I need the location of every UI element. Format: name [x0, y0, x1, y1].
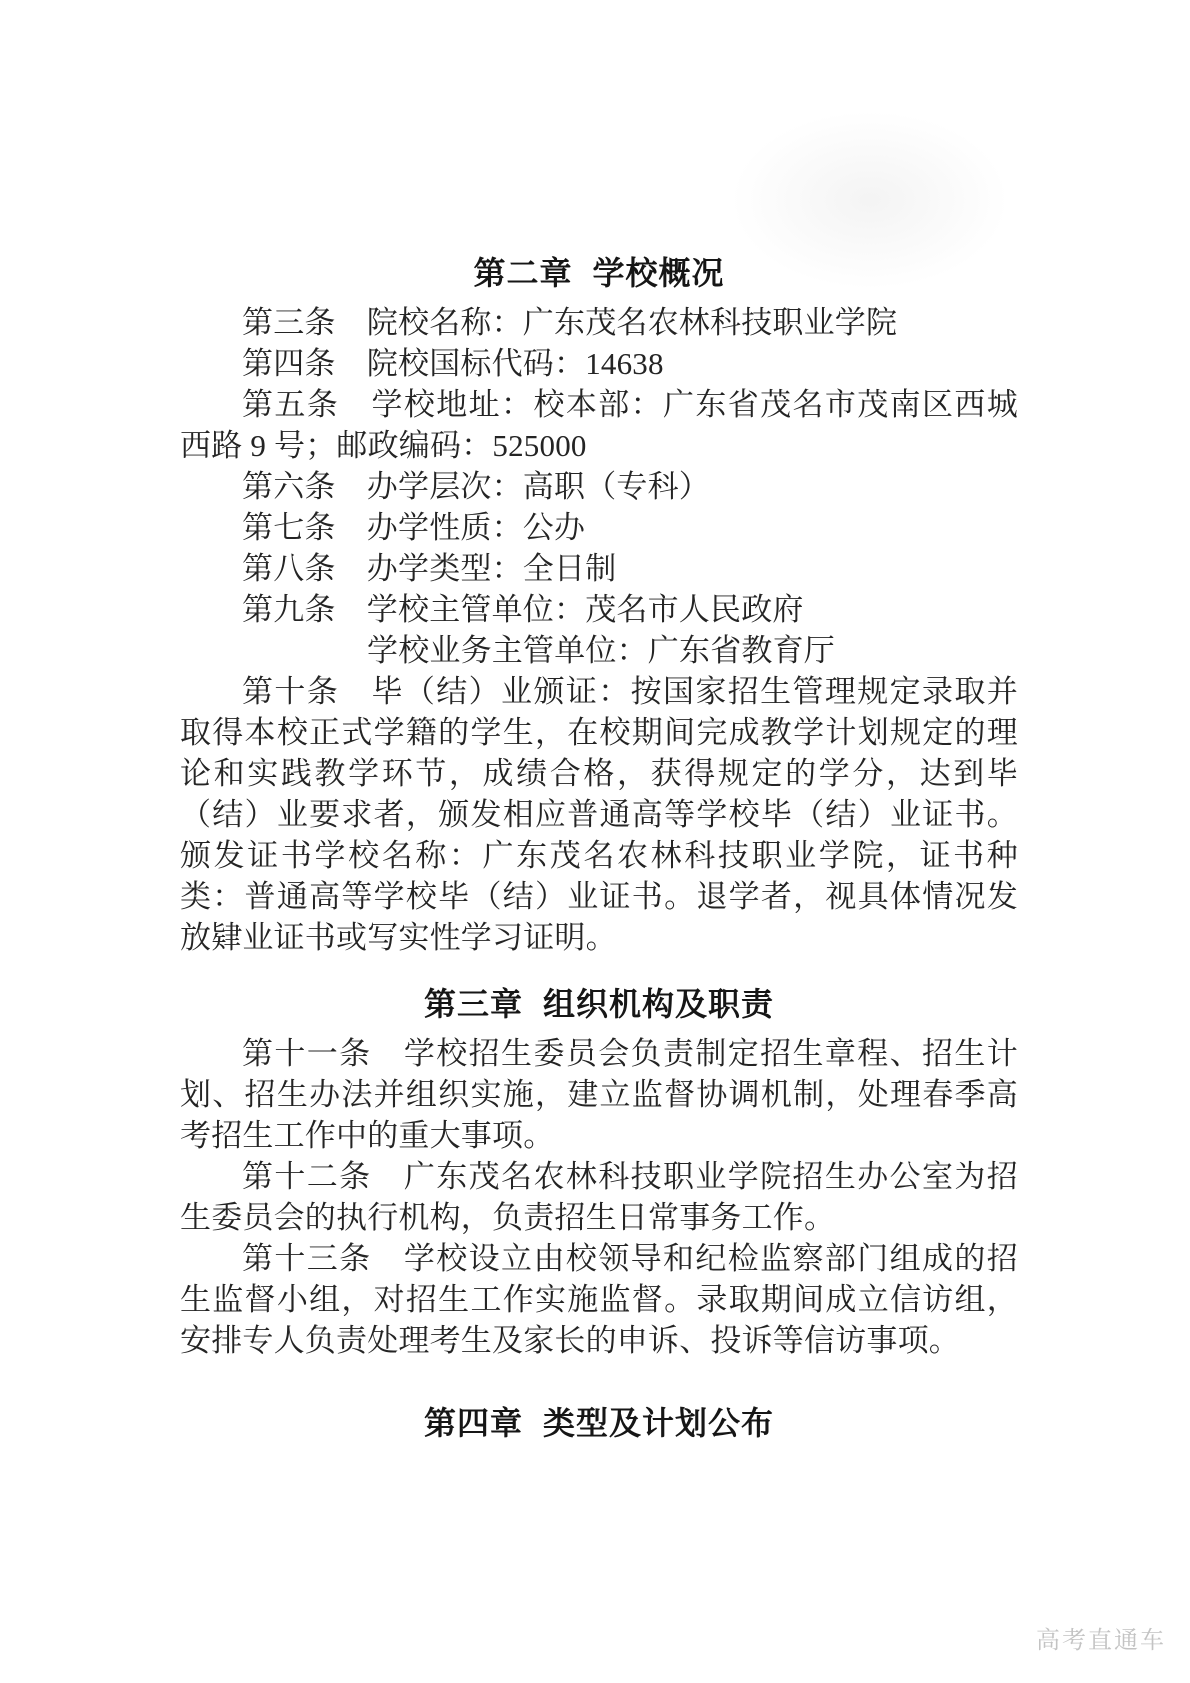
article-13-clause: 第十三条 学校设立由校领导和纪检监察部门组成的招生监督小组，对招生工作实施监督。… [180, 1238, 1018, 1361]
article-11-clause: 第十一条 学校招生委员会负责制定招生章程、招生计划、招生办法并组织实施，建立监督… [180, 1033, 1018, 1156]
article-10-clause: 第十条 毕（结）业颁证：按国家招生管理规定录取并取得本校正式学籍的学生，在校期间… [180, 671, 1018, 958]
chapter-2-heading: 第二章 学校概况 [180, 253, 1018, 294]
article-5-clause: 第五条 学校地址：校本部：广东省茂名市茂南区西城西路 9 号；邮政编码：5250… [180, 384, 1018, 466]
article-7-clause: 第七条 办学性质：公办 [180, 507, 1018, 548]
article-8-clause: 第八条 办学类型：全日制 [180, 548, 1018, 589]
chapter-3-heading: 第三章 组织机构及职责 [180, 984, 1018, 1025]
article-12-clause: 第十二条 广东茂名农林科技职业学院招生办公室为招生委员会的执行机构，负责招生日常… [180, 1156, 1018, 1238]
scanned-document-page: 第二章 学校概况 第三条 院校名称：广东茂名农林科技职业学院 第四条 院校国标代… [0, 0, 1190, 1683]
document-content: 第二章 学校概况 第三条 院校名称：广东茂名农林科技职业学院 第四条 院校国标代… [180, 253, 1018, 1444]
watermark-text: 高考直通车 [1036, 1627, 1166, 1655]
article-3-clause: 第三条 院校名称：广东茂名农林科技职业学院 [180, 302, 1018, 343]
article-6-clause: 第六条 办学层次：高职（专科） [180, 466, 1018, 507]
article-9-clause: 第九条 学校主管单位：茂名市人民政府 [180, 589, 1018, 630]
article-4-clause: 第四条 院校国标代码：14638 [180, 343, 1018, 384]
chapter-4-heading: 第四章 类型及计划公布 [180, 1403, 1018, 1444]
article-9-business-supervisor-line: 学校业务主管单位：广东省教育厅 [180, 630, 1018, 671]
